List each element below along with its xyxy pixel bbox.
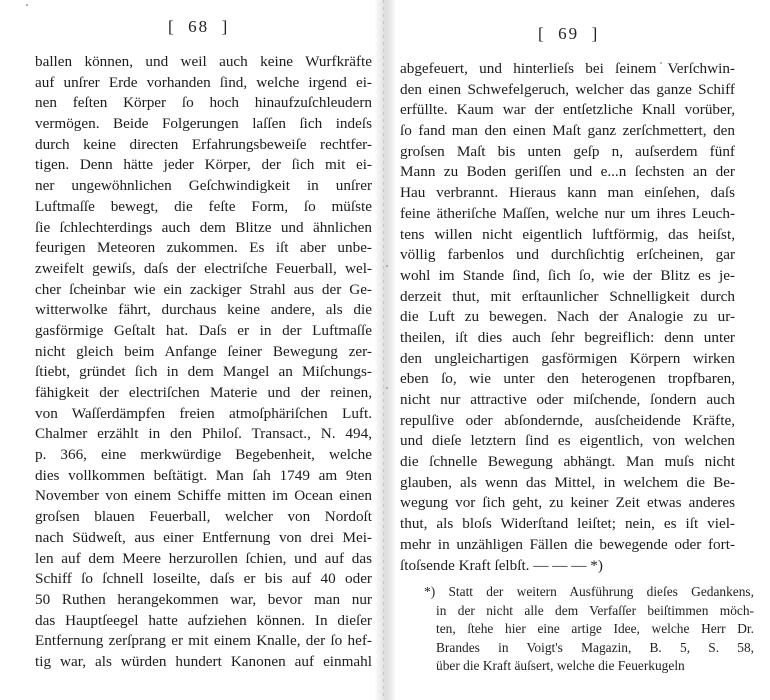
scan-speck <box>386 387 388 389</box>
text-line: Mann zu Boden geriſſen und e...n ſechste… <box>400 162 735 183</box>
text-line: ſtoſsende Kraft ſelbſt. — — — *) <box>400 556 735 577</box>
page-number-69: [ 69 ] <box>538 24 599 44</box>
footnote-line: *) Statt der weitern Ausführung dieſes G… <box>424 583 754 602</box>
text-line: eben ſo, wie unter den heterogenen tropf… <box>400 369 735 390</box>
text-line: wegung vor ſich geht, zu keiner Zeit etw… <box>400 493 735 514</box>
text-line: ſie ſchlechterdings auch dem Blitze und … <box>35 218 372 239</box>
text-line: vermögen. Beide Folgerungen laſſen ſich … <box>35 114 372 135</box>
text-line: Entfernung zerſprang er mit einem Knalle… <box>35 631 372 652</box>
text-line: feine ätheriſche Maſſen, welche nur um i… <box>400 204 735 225</box>
text-line: repulſive oder abſondernde, ausſcheidend… <box>400 411 735 432</box>
text-line: die Luft zu bewegen. Nach der Analogie z… <box>400 307 735 328</box>
right-page-body: abgefeuert, und hinterlieſs bei ſeinem V… <box>400 59 735 576</box>
right-page: [ 69 ] abgefeuert, und hinterlieſs bei ſ… <box>392 0 770 700</box>
left-page-body: ballen können, und weil auch keine Wurfk… <box>35 52 372 673</box>
text-line: fähigkeit der electriſchen Materie und d… <box>35 383 372 404</box>
page-number-68: [ 68 ] <box>168 17 229 37</box>
text-line: völlig farbenlos und durchſichtig erſche… <box>400 245 735 266</box>
text-line: durch keine directen Erfahrungsbeweiſe r… <box>35 135 372 156</box>
text-line: den ungleichartigen gasförmigen Körpern … <box>400 349 735 370</box>
text-line: 50 Ruthen herangekommen war, bevor man n… <box>35 590 372 611</box>
text-line: gasförmige Geſtalt hat. Daſs er in der L… <box>35 321 372 342</box>
text-line: ſo fand man den einen Maſt ganz zerſchme… <box>400 121 735 142</box>
text-line: thut, als bloſs Widerſtand leiſtet; nein… <box>400 514 735 535</box>
footnote-line: in der nicht alle dem Verfaſſer beiſtimm… <box>424 602 754 621</box>
scan-speck <box>386 265 388 267</box>
footnote-marker: *) <box>424 584 435 599</box>
text-line: nicht nur attractive oder miſchende, ſon… <box>400 390 735 411</box>
text-line: tig war, als würden hundert Kanonen auf … <box>35 652 372 673</box>
text-line: Luftmaſſe bewegt, die feſte Form, ſo müſ… <box>35 197 372 218</box>
text-line: tigen. Denn hätte jeder Körper, der ſich… <box>35 155 372 176</box>
left-page: [ 68 ] ballen können, und weil auch kein… <box>0 0 380 700</box>
footnote-line: ten, ſtehe hier eine artige Idee, welche… <box>424 620 754 639</box>
text-line: nicht gleich beim Anfange ſeiner Bewegun… <box>35 342 372 363</box>
text-line: theilen, iſt dies auch ſehr begreiflich:… <box>400 328 735 349</box>
footnote-line: Brandes in Voigt's Magazin, B. 5, S. 58, <box>424 639 754 658</box>
book-spread: [ 68 ] ballen können, und weil auch kein… <box>0 0 770 700</box>
text-line: erfüllte. Kaum war der entſetzliche Knal… <box>400 100 735 121</box>
scan-speck <box>26 4 28 6</box>
text-line: tens willen nicht eigentlich luftförmig,… <box>400 225 735 246</box>
text-line: groſsen Maſt bis unten geſp n, auſserdem… <box>400 142 735 163</box>
text-line: das Hauptſeegel hatte aufziehen können. … <box>35 611 372 632</box>
footnote-line: über die Kraft äuſsert, welche die Feuer… <box>424 657 754 676</box>
text-line: auf unſrer Erde vorhanden ſind, welche i… <box>35 73 372 94</box>
text-line: cher ſcheinbar wie ein zackiger Strahl a… <box>35 280 372 301</box>
text-line: abgefeuert, und hinterlieſs bei ſeinem V… <box>400 59 735 80</box>
text-line: Schiff ſo ſchnell loseilte, daſs er bis … <box>35 569 372 590</box>
text-line: wohl im Stande ſind, ſich ſo, wie der Bl… <box>400 266 735 287</box>
text-line: mehr in unzähligen Fällen die bewegende … <box>400 535 735 556</box>
text-line: glauben, als wenn das Mittel, in welchem… <box>400 473 735 494</box>
text-line: und dieſe letztern ſind es eigentlich, v… <box>400 431 735 452</box>
scan-speck <box>660 62 662 64</box>
text-line: dies vollkommen beſtätigt. Man ſah 1749 … <box>35 466 372 487</box>
text-line: die ſchnelle Bewegung abhängt. Man muſs … <box>400 452 735 473</box>
text-line: nen feſten Körper ſo hoch hinaufzuſchleu… <box>35 93 372 114</box>
text-line: witterwolke fährt, durchaus keine andere… <box>35 300 372 321</box>
text-line: zweifelt gewiſs, daſs der electriſche Fe… <box>35 259 372 280</box>
footnote: *) Statt der weitern Ausführung dieſes G… <box>424 583 754 676</box>
text-line: ballen können, und weil auch keine Wurfk… <box>35 52 372 73</box>
text-line: Hau verbrannt. Hieraus kann man einſehen… <box>400 183 735 204</box>
text-line: ner ungewöhnlichen Geſchwindigkeit in un… <box>35 176 372 197</box>
text-line: feurigen Meteoren zukommen. Es iſt aber … <box>35 238 372 259</box>
text-line: derzeit thut, mit erſtaunlicher Schnelli… <box>400 287 735 308</box>
text-line: ſtiebt, gründet ſich in dem Mangel an Mi… <box>35 362 372 383</box>
text-line: p. 366, eine merkwürdige Begebenheit, we… <box>35 445 372 466</box>
text-line: November von einem Schiffe mitten im Oce… <box>35 486 372 507</box>
text-line: von Waſſerdämpfen freien atmoſphäriſchen… <box>35 404 372 425</box>
text-line: groſsen blauen Feuerball, welcher von No… <box>35 507 372 528</box>
text-line: len auf dem Meere herzurollen ſchien, un… <box>35 549 372 570</box>
text-line: den einen Schwefelgeruch, welcher das ga… <box>400 80 735 101</box>
text-line: Chalmer erzählt in den Philoſ. Transact.… <box>35 424 372 445</box>
text-line: nach Südweſt, aus einer Entfernung von d… <box>35 528 372 549</box>
